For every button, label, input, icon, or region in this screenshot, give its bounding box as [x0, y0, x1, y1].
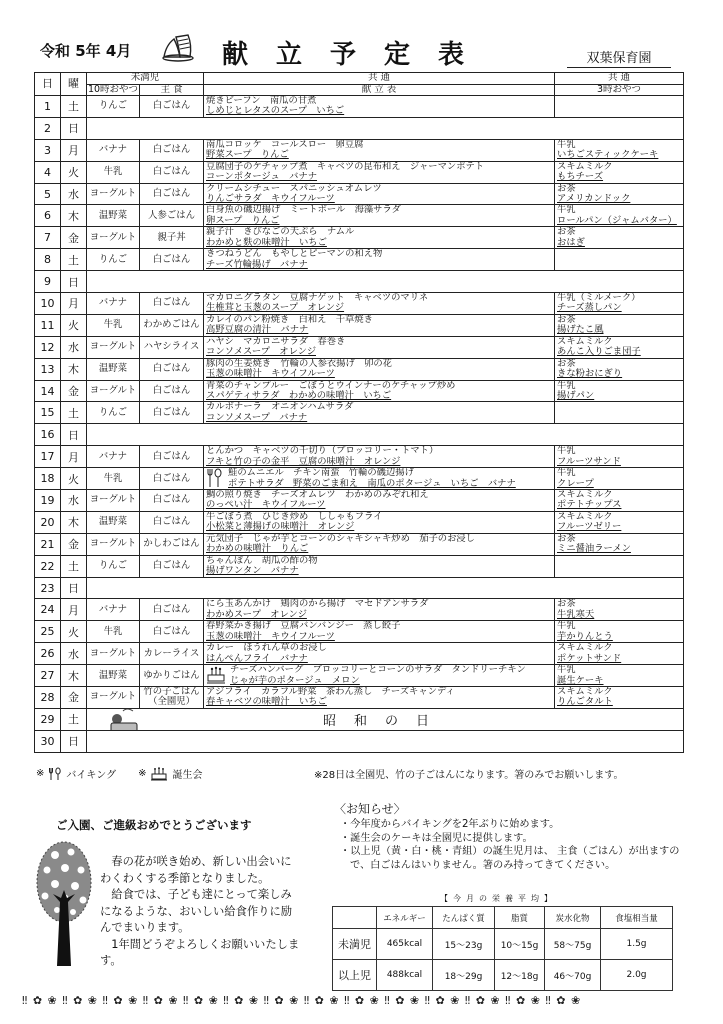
cell-snack3: スキムミルクあんこ入りごま団子	[555, 336, 684, 358]
nutrition-value: 2.0g	[601, 960, 673, 991]
snack3-food: ポテトチップス	[557, 500, 683, 510]
table-row: 15土りんご白ごはんカルボナーラ オニオンハムサラダコンソメスープ バナナ	[35, 402, 684, 424]
dish-line-2: しめじとレタスのスープ いちご	[206, 106, 554, 116]
dish-line-2: 野菜スープ りんご	[206, 150, 554, 160]
cell-dishes: 豆腐団子のケチャップ煮 キャベツの昆布和え ジャーマンポテトコーンポタージュ バ…	[204, 161, 555, 183]
cell-dow: 土	[61, 402, 87, 424]
notice-item: ・誕生会のケーキは全園児に提供します。	[340, 832, 680, 846]
table-row: 13木温野菜白ごはん豚肉の生姜焼き 竹輪の人参衣揚げ 卯の花玉葱の味噌汁 キウイ…	[35, 358, 684, 380]
dish-line-2: 生椎茸と玉葱のスープ オレンジ	[206, 303, 554, 313]
cell-snack3: 牛乳芋かりんとう	[555, 621, 684, 643]
cell-snack3: お茶おはぎ	[555, 227, 684, 249]
cell-dow: 日	[61, 117, 87, 139]
staple-note: （全園児）	[140, 697, 203, 707]
cell-closed	[87, 271, 684, 293]
dish-line-2: わかめの味噌汁 りんご	[206, 544, 554, 554]
snack3-food: 揚げたこ風	[557, 325, 683, 335]
cell-snack10: ヨーグルト	[87, 380, 140, 402]
snack3-food: もちチーズ	[557, 172, 683, 182]
table-row: 24月バナナ白ごはんにら玉あんかけ 鶏肉のから揚げ マセドアンサラダわかめスープ…	[35, 599, 684, 621]
legend-birthday-label: 誕生会	[172, 766, 202, 781]
notice-list: ・今年度からバイキングを2年ぶりに始めます。 ・誕生会のケーキは全園児に提供しま…	[340, 818, 680, 872]
cell-staple: 竹の子ごはん（全園児）	[140, 687, 204, 709]
table-row: 22土りんご白ごはんちゃんぽん 胡瓜の酢の物揚げワンタン バナナ	[35, 555, 684, 577]
col-staple: 主 食	[140, 84, 204, 96]
cell-staple: 人参ごはん	[140, 205, 204, 227]
cell-staple: 白ごはん	[140, 139, 204, 161]
col-day: 日	[35, 73, 61, 96]
table-row: 9日	[35, 271, 684, 293]
nutrition-value: 1.5g	[601, 929, 673, 960]
cell-day: 25	[35, 621, 61, 643]
cell-dishes: きつねうどん もやしとピーマンの和え物チーズ竹輪揚げ バナナ	[204, 249, 555, 271]
cell-dow: 金	[61, 380, 87, 402]
dish-line-2: コンソメスープ オレンジ	[206, 347, 554, 357]
cell-snack3: 牛乳クレープ	[555, 468, 684, 490]
table-row: 11火牛乳わかめごはんカレイのパン粉焼き 白和え 千草焼き高野豆腐の清汁 バナナ…	[35, 314, 684, 336]
nutrition-value: 488kcal	[377, 960, 433, 991]
col-snack3: 3時おやつ	[555, 84, 684, 96]
cell-snack10: ヨーグルト	[87, 490, 140, 512]
snack3-drink	[557, 96, 683, 106]
welcome-paragraph: 1年間どうぞよろしくお願いいたします。	[100, 937, 300, 970]
era-month: 令和 5年 4月	[40, 40, 131, 61]
dish-line-2: フキと竹の子の金平 豆腐の味噌汁 オレンジ	[206, 457, 554, 467]
cell-staple: 親子丼	[140, 227, 204, 249]
cell-day: 12	[35, 336, 61, 358]
snack3-food: チーズ蒸しパン	[557, 303, 683, 313]
cell-day: 18	[35, 468, 61, 490]
cell-staple: 白ごはん	[140, 161, 204, 183]
cell-staple: ハヤシライス	[140, 336, 204, 358]
cell-dishes: 南瓜コロッケ コールスロー 卵豆腐野菜スープ りんご	[204, 139, 555, 161]
cell-snack10: 牛乳	[87, 161, 140, 183]
dish-line-2: チーズ竹輪揚げ バナナ	[206, 260, 554, 270]
dish-line-2: コンソメスープ バナナ	[206, 413, 554, 423]
cell-dow: 火	[61, 161, 87, 183]
cell-staple: 白ごはん	[140, 293, 204, 315]
cell-dow: 土	[61, 249, 87, 271]
cell-day: 28	[35, 687, 61, 709]
school-name: 双葉保育園	[567, 47, 671, 68]
birthday-cake-icon	[150, 767, 168, 781]
cell-snack10: ヨーグルト	[87, 643, 140, 665]
notice-item: ・以上児（黄・白・桃・青組）の誕生児月は、 主食（ごはん）が出ますので、白ごはん…	[340, 845, 680, 872]
cell-staple: 白ごはん	[140, 511, 204, 533]
cell-day: 3	[35, 139, 61, 161]
viking-icon	[206, 468, 224, 488]
cell-dow: 水	[61, 643, 87, 665]
cell-snack10: ヨーグルト	[87, 183, 140, 205]
dish-line-2: 玉葱の味噌汁 キウイフルーツ	[206, 632, 554, 642]
notice-title: 〈お知らせ〉	[334, 800, 406, 817]
cell-snack10: バナナ	[87, 139, 140, 161]
snack3-food: クレープ	[557, 479, 683, 489]
table-row: 30日	[35, 730, 684, 752]
cell-snack10: ヨーグルト	[87, 336, 140, 358]
table-row: 18火牛乳白ごはん鮭のムニエル チキン南蛮 竹輪の磯辺揚げポテトサラダ 野菜のご…	[35, 468, 684, 490]
cell-closed	[87, 117, 684, 139]
table-row: 29土昭和の日	[35, 708, 684, 730]
cell-dow: 木	[61, 358, 87, 380]
page-header: 令和 5年 4月 献立予定表 双葉保育園	[0, 0, 723, 72]
cell-staple: カレーライス	[140, 643, 204, 665]
col-dow: 曜	[61, 73, 87, 96]
col-under3: 未満児	[87, 73, 204, 85]
cell-staple: 白ごはん	[140, 402, 204, 424]
cell-day: 22	[35, 555, 61, 577]
welcome-title: ご入園、ご進級おめでとうございます	[56, 817, 252, 833]
cell-dow: 金	[61, 533, 87, 555]
page-title: 献立予定表	[222, 34, 492, 71]
cell-snack3: 牛乳フルーツサンド	[555, 446, 684, 468]
snack3-drink	[557, 249, 683, 259]
nutrition-col-salt: 食塩相当量	[601, 907, 673, 929]
cell-snack10: 温野菜	[87, 205, 140, 227]
notice-item: ・今年度からバイキングを2年ぶりに始めます。	[340, 818, 680, 832]
cell-day: 20	[35, 511, 61, 533]
cell-snack3	[555, 402, 684, 424]
cell-day: 1	[35, 96, 61, 118]
cell-staple: 白ごはん	[140, 555, 204, 577]
cell-staple: 白ごはん	[140, 490, 204, 512]
cell-snack3: 牛乳（ミルメーク）チーズ蒸しパン	[555, 293, 684, 315]
cell-dow: 火	[61, 468, 87, 490]
cell-snack3	[555, 555, 684, 577]
cell-snack3: お茶きな粉おにぎり	[555, 358, 684, 380]
cell-snack10: りんご	[87, 249, 140, 271]
cell-dow: 火	[61, 621, 87, 643]
table-row: 5水ヨーグルト白ごはんクリームシチュー スパニッシュオムレツりんごサラダ キウイ…	[35, 183, 684, 205]
cell-snack3: 牛乳揚げパン	[555, 380, 684, 402]
nutrition-row-under3: 未満児 465kcal 15〜23g 10〜15g 58〜75g 1.5g	[333, 929, 673, 960]
cell-staple: 白ごはん	[140, 96, 204, 118]
cell-dishes: アジフライ カラフル野菜 茶わん蒸し チーズキャンディ春キャベツの味噌汁 いちご	[204, 687, 555, 709]
cell-snack10: 牛乳	[87, 314, 140, 336]
table-row: 14金ヨーグルト白ごはん青菜のチャンプルー ごぼうとウインナーのケチャップ炒めス…	[35, 380, 684, 402]
cell-day: 24	[35, 599, 61, 621]
snack3-food	[557, 413, 683, 423]
snack3-food: 誕生ケーキ	[557, 676, 683, 686]
cell-dow: 日	[61, 730, 87, 752]
snack3-food: あんこ入りごま団子	[557, 347, 683, 357]
snack3-food: 牛乳寒天	[557, 610, 683, 620]
snack3-food: フルーツゼリー	[557, 522, 683, 532]
table-row: 6木温野菜人参ごはん白身魚の磯辺揚げ ミートボール 海藻サラダ卵スープ りんご牛…	[35, 205, 684, 227]
legend-mark: ※	[138, 768, 146, 779]
cell-staple: 白ごはん	[140, 468, 204, 490]
snack3-drink: 牛乳	[557, 665, 683, 675]
cell-staple: 白ごはん	[140, 249, 204, 271]
cell-dow: 木	[61, 665, 87, 687]
snack3-food: りんごタルト	[557, 697, 683, 707]
cell-snack10: りんご	[87, 96, 140, 118]
dish-line-2: ポテトサラダ 野菜のごま和え 南瓜のポタージュ いちご バナナ	[228, 479, 516, 489]
dish-line-1: チーズハンバーグ ブロッコリーとコーンのサラダ タンドリーチキン	[230, 665, 526, 675]
table-row: 26水ヨーグルトカレーライスカレー ほうれん草のお浸しはんぺんフライ バナナスキ…	[35, 643, 684, 665]
cell-snack3: 牛乳ロールパン（ジャムバター）	[555, 205, 684, 227]
dish-line-2: コーンポタージュ バナナ	[206, 172, 554, 182]
cell-dow: 土	[61, 708, 87, 730]
nutrition-value: 10〜15g	[495, 929, 545, 960]
cell-snack10: 温野菜	[87, 511, 140, 533]
nutrition-col-fat: 脂質	[495, 907, 545, 929]
cell-snack3: お茶牛乳寒天	[555, 599, 684, 621]
cell-day: 11	[35, 314, 61, 336]
table-row: 4火牛乳白ごはん豆腐団子のケチャップ煮 キャベツの昆布和え ジャーマンポテトコー…	[35, 161, 684, 183]
cell-dishes: ちゃんぽん 胡瓜の酢の物揚げワンタン バナナ	[204, 555, 555, 577]
cell-day: 4	[35, 161, 61, 183]
table-row: 12水ヨーグルトハヤシライスハヤシ マカロニサラダ 春巻きコンソメスープ オレン…	[35, 336, 684, 358]
cell-dow: 水	[61, 336, 87, 358]
dish-line-2: 卵スープ りんご	[206, 216, 554, 226]
cell-dow: 月	[61, 446, 87, 468]
table-row: 10月バナナ白ごはんマカロニグラタン 豆腐ナゲット キャベツのマリネ生椎茸と玉葱…	[35, 293, 684, 315]
birthday-cake-icon	[206, 665, 226, 685]
legend-viking-label: バイキング	[66, 766, 116, 781]
cell-snack3: 牛乳誕生ケーキ	[555, 665, 684, 687]
legend: ※ バイキング ※ 誕生会	[36, 766, 202, 781]
cell-snack10: ヨーグルト	[87, 687, 140, 709]
table-row: 8土りんご白ごはんきつねうどん もやしとピーマンの和え物チーズ竹輪揚げ バナナ	[35, 249, 684, 271]
cell-day: 9	[35, 271, 61, 293]
dish-line-2: じゃが芋のポタージュ メロン	[230, 676, 526, 686]
cell-snack10: ヨーグルト	[87, 533, 140, 555]
snack3-food	[557, 106, 683, 116]
cell-snack3	[555, 249, 684, 271]
cell-dishes: カルボナーラ オニオンハムサラダコンソメスープ バナナ	[204, 402, 555, 424]
dish-line-2: わかめスープ オレンジ	[206, 610, 554, 620]
cell-day: 15	[35, 402, 61, 424]
cell-dow: 火	[61, 314, 87, 336]
cell-dishes: マカロニグラタン 豆腐ナゲット キャベツのマリネ生椎茸と玉葱のスープ オレンジ	[204, 293, 555, 315]
nutrition-value: 18〜29g	[433, 960, 495, 991]
dish-line-2: 玉葱の味噌汁 キウイフルーツ	[206, 369, 554, 379]
nutrition-col-protein: たんぱく質	[433, 907, 495, 929]
cell-dishes: 青菜のチャンプルー ごぼうとウインナーのケチャップ炒めスパゲティサラダ わかめの…	[204, 380, 555, 402]
cell-dow: 木	[61, 205, 87, 227]
cell-dishes: ハヤシ マカロニサラダ 春巻きコンソメスープ オレンジ	[204, 336, 555, 358]
cell-dow: 月	[61, 599, 87, 621]
dish-line-1: 鮭のムニエル チキン南蛮 竹輪の磯辺揚げ	[228, 468, 516, 478]
menu-table: 日 曜 未満児 共 通 共 通 10時おやつ 主 食 献 立 表 3時おやつ 1…	[34, 72, 684, 753]
nutrition-value: 465kcal	[377, 929, 433, 960]
cell-closed	[87, 424, 684, 446]
cell-closed	[87, 577, 684, 599]
cell-dow: 金	[61, 227, 87, 249]
table-row: 25火牛乳白ごはん春野菜かき揚げ 豆腐バンバンジー 蒸し餃子玉葱の味噌汁 キウイ…	[35, 621, 684, 643]
cell-day: 6	[35, 205, 61, 227]
cell-staple: かしわごはん	[140, 533, 204, 555]
table-row: 17月バナナ白ごはんとんかつ キャベツの千切り（ブロッコリー・トマト）フキと竹の…	[35, 446, 684, 468]
welcome-body: 春の花が咲き始め、新しい出会いにわくわくする季節となりました。 給食では、子ども…	[100, 854, 300, 970]
cell-snack10: バナナ	[87, 446, 140, 468]
snack3-food: 揚げパン	[557, 391, 683, 401]
cell-snack3: スキムミルクフルーツゼリー	[555, 511, 684, 533]
snack3-drink: 牛乳	[557, 468, 683, 478]
cell-snack10: 温野菜	[87, 358, 140, 380]
cell-dow: 水	[61, 183, 87, 205]
cell-dishes: 親子汁 きびなごの天ぷら ナムルわかめと麩の味噌汁 いちご	[204, 227, 555, 249]
cell-dow: 日	[61, 271, 87, 293]
butterfly-flower-border: ‼ ✿ ❀ ‼ ✿ ❀ ‼ ✿ ❀ ‼ ✿ ❀ ‼ ✿ ❀ ‼ ✿ ❀ ‼ ✿ …	[22, 994, 682, 1008]
nutrition-row-label: 未満児	[333, 929, 377, 960]
snack3-food: きな粉おにぎり	[557, 369, 683, 379]
cell-day: 26	[35, 643, 61, 665]
cell-snack10: 牛乳	[87, 468, 140, 490]
dish-line-2: わかめと麩の味噌汁 いちご	[206, 238, 554, 248]
cell-staple: ゆかりごはん	[140, 665, 204, 687]
viking-icon	[48, 767, 62, 781]
col-common2: 共 通	[555, 73, 684, 85]
nutrition-col-energy: エネルギー	[377, 907, 433, 929]
table-row: 16日	[35, 424, 684, 446]
cell-snack3: スキムミルクもちチーズ	[555, 161, 684, 183]
cell-staple: 白ごはん	[140, 446, 204, 468]
nutrition-title: 【今月の栄養平均】	[440, 893, 557, 904]
cell-closed	[87, 730, 684, 752]
nutrition-value: 58〜75g	[545, 929, 601, 960]
col-common: 共 通	[204, 73, 555, 85]
cell-day: 2	[35, 117, 61, 139]
cell-snack3: お茶ミニ醤油ラーメン	[555, 533, 684, 555]
cell-dishes: 鯛の照り焼き チーズオムレツ わかめのみぞれ和えのっぺい汁 キウイフルーツ	[204, 490, 555, 512]
snack3-food: フルーツサンド	[557, 457, 683, 467]
dish-line-2: スパゲティサラダ わかめの味噌汁 いちご	[206, 391, 554, 401]
cell-snack10: ヨーグルト	[87, 227, 140, 249]
cell-day: 30	[35, 730, 61, 752]
nutrition-table: エネルギー たんぱく質 脂質 炭水化物 食塩相当量 未満児 465kcal 15…	[332, 906, 673, 991]
cell-dishes: 春野菜かき揚げ 豆腐バンバンジー 蒸し餃子玉葱の味噌汁 キウイフルーツ	[204, 621, 555, 643]
cell-snack3: スキムミルクポケットサンド	[555, 643, 684, 665]
cell-staple: 白ごはん	[140, 599, 204, 621]
snack3-food: おはぎ	[557, 238, 683, 248]
snack3-food: いちごスティックケーキ	[557, 150, 683, 160]
legend-mark: ※	[36, 768, 44, 779]
snack3-food: ロールパン（ジャムバター）	[557, 216, 683, 226]
holiday-label: 昭和の日	[323, 714, 447, 729]
cell-dishes: 牛ごぼう煮 ひじき炒め ししゃもフライ小松菜と薄揚げの味噌汁 オレンジ	[204, 511, 555, 533]
cell-snack3: スキムミルクりんごタルト	[555, 687, 684, 709]
cell-dishes: カレイのパン粉焼き 白和え 千草焼き高野豆腐の清汁 バナナ	[204, 314, 555, 336]
nutrition-row-label: 以上児	[333, 960, 377, 991]
dish-line-2: 小松菜と薄揚げの味噌汁 オレンジ	[206, 522, 554, 532]
nutrition-value: 12〜18g	[495, 960, 545, 991]
dish-line-2: はんぺんフライ バナナ	[206, 654, 554, 664]
note-28th: ※28日は全園児、竹の子ごはんになります。箸のみでお願いします。	[314, 766, 624, 781]
cell-dishes: 元気団子 じゃが芋とコーンのシャキシャキ炒め 茄子のお浸しわかめの味噌汁 りんご	[204, 533, 555, 555]
snack3-food	[557, 566, 683, 576]
table-row: 21金ヨーグルトかしわごはん元気団子 じゃが芋とコーンのシャキシャキ炒め 茄子の…	[35, 533, 684, 555]
cell-snack10: 温野菜	[87, 665, 140, 687]
cell-dow: 日	[61, 424, 87, 446]
cell-day: 21	[35, 533, 61, 555]
cell-staple: 白ごはん	[140, 358, 204, 380]
snack3-drink	[557, 556, 683, 566]
cell-holiday: 昭和の日	[87, 708, 684, 730]
cell-day: 8	[35, 249, 61, 271]
cell-snack10: バナナ	[87, 293, 140, 315]
cell-staple: 白ごはん	[140, 380, 204, 402]
cell-staple: 白ごはん	[140, 183, 204, 205]
cell-dow: 土	[61, 555, 87, 577]
dish-line-2: りんごサラダ キウイフルーツ	[206, 194, 554, 204]
nutrition-value: 15〜23g	[433, 929, 495, 960]
cell-dow: 日	[61, 577, 87, 599]
cell-dishes: クリームシチュー スパニッシュオムレツりんごサラダ キウイフルーツ	[204, 183, 555, 205]
cell-snack10: りんご	[87, 402, 140, 424]
cell-snack3	[555, 96, 684, 118]
cell-dishes: チーズハンバーグ ブロッコリーとコーンのサラダ タンドリーチキンじゃが芋のポター…	[204, 665, 555, 687]
cell-day: 7	[35, 227, 61, 249]
cell-day: 5	[35, 183, 61, 205]
cell-day: 19	[35, 490, 61, 512]
cell-dishes: にら玉あんかけ 鶏肉のから揚げ マセドアンサラダわかめスープ オレンジ	[204, 599, 555, 621]
cell-day: 23	[35, 577, 61, 599]
cell-day: 27	[35, 665, 61, 687]
snack3-food: ポケットサンド	[557, 654, 683, 664]
cell-staple: 白ごはん	[140, 621, 204, 643]
dish-line-2: 高野豆腐の清汁 バナナ	[206, 325, 554, 335]
cell-snack10: りんご	[87, 555, 140, 577]
cell-dishes: とんかつ キャベツの千切り（ブロッコリー・トマト）フキと竹の子の金平 豆腐の味噌…	[204, 446, 555, 468]
cell-dow: 土	[61, 96, 87, 118]
cell-snack3: お茶揚げたこ風	[555, 314, 684, 336]
cell-day: 14	[35, 380, 61, 402]
cell-dow: 木	[61, 511, 87, 533]
cell-day: 29	[35, 708, 61, 730]
col-menu: 献 立 表	[204, 84, 555, 96]
kindergarten-hat-icon	[160, 33, 196, 63]
kids-car-illustration	[107, 708, 141, 730]
table-row: 20木温野菜白ごはん牛ごぼう煮 ひじき炒め ししゃもフライ小松菜と薄揚げの味噌汁…	[35, 511, 684, 533]
table-row: 23日	[35, 577, 684, 599]
table-row: 7金ヨーグルト親子丼親子汁 きびなごの天ぷら ナムルわかめと麩の味噌汁 いちごお…	[35, 227, 684, 249]
dish-line-2: 揚げワンタン バナナ	[206, 566, 554, 576]
dish-line-2: のっぺい汁 キウイフルーツ	[206, 500, 554, 510]
col-snack10: 10時おやつ	[87, 84, 140, 96]
snack3-food: アメリカンドック	[557, 194, 683, 204]
nutrition-col	[333, 907, 377, 929]
snack3-food	[557, 260, 683, 270]
cell-snack10: バナナ	[87, 599, 140, 621]
cell-dishes: 白身魚の磯辺揚げ ミートボール 海藻サラダ卵スープ りんご	[204, 205, 555, 227]
table-row: 27木温野菜ゆかりごはんチーズハンバーグ ブロッコリーとコーンのサラダ タンドリ…	[35, 665, 684, 687]
cell-day: 10	[35, 293, 61, 315]
table-row: 2日	[35, 117, 684, 139]
cell-staple: わかめごはん	[140, 314, 204, 336]
cell-day: 16	[35, 424, 61, 446]
snack3-drink	[557, 402, 683, 412]
cell-dishes: カレー ほうれん草のお浸しはんぺんフライ バナナ	[204, 643, 555, 665]
nutrition-col-carbs: 炭水化物	[545, 907, 601, 929]
table-row: 19水ヨーグルト白ごはん鯛の照り焼き チーズオムレツ わかめのみぞれ和えのっぺい…	[35, 490, 684, 512]
cell-snack3: お茶アメリカンドック	[555, 183, 684, 205]
cell-dow: 月	[61, 293, 87, 315]
cell-dow: 水	[61, 490, 87, 512]
snack3-food: 芋かりんとう	[557, 632, 683, 642]
cell-snack3: スキムミルクポテトチップス	[555, 490, 684, 512]
nutrition-value: 46〜70g	[545, 960, 601, 991]
welcome-paragraph: 春の花が咲き始め、新しい出会いにわくわくする季節となりました。	[100, 854, 300, 887]
cell-dishes: 鮭のムニエル チキン南蛮 竹輪の磯辺揚げポテトサラダ 野菜のごま和え 南瓜のポタ…	[204, 468, 555, 490]
cell-dow: 月	[61, 139, 87, 161]
welcome-paragraph: 給食では、子ども達にとって楽しみになるような、おいしい給食作りに励んでまいります…	[100, 887, 300, 937]
nutrition-row-over3: 以上児 488kcal 18〜29g 12〜18g 46〜70g 2.0g	[333, 960, 673, 991]
cell-snack3: 牛乳いちごスティックケーキ	[555, 139, 684, 161]
cell-snack10: 牛乳	[87, 621, 140, 643]
cell-day: 17	[35, 446, 61, 468]
